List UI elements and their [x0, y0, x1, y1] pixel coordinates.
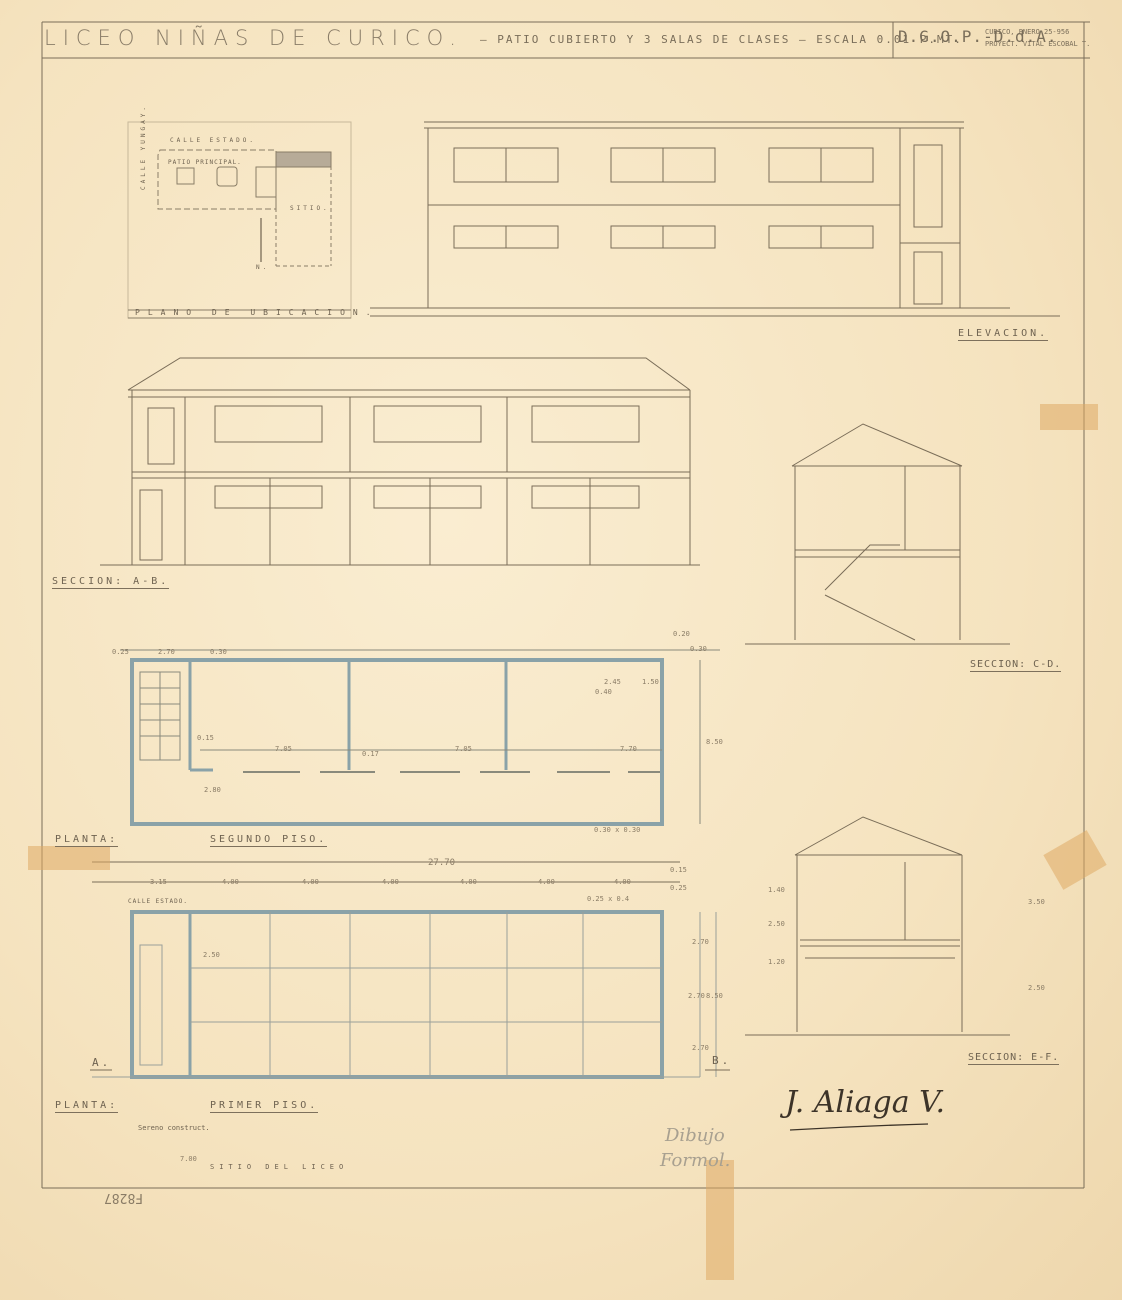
bay-dim: 4.00 — [614, 878, 631, 886]
bay-dim: 4.00 — [302, 878, 319, 886]
bay-dim: 4.00 — [222, 878, 239, 886]
tape-mark — [28, 846, 110, 870]
depth-total-dim: 8.50 — [706, 992, 723, 1000]
pencil-note: Formol. — [660, 1150, 730, 1171]
project-line: PROYECT. VITAL ESCOBAL T. — [985, 40, 1090, 48]
second-floor-caption: SEGUNDO PISO. — [210, 834, 327, 847]
stair-dim: 2.50 — [203, 951, 220, 959]
room-dim: 7.70 — [620, 745, 637, 753]
tape-mark — [706, 1160, 734, 1280]
plan-label-first: PLANTA: — [55, 1100, 118, 1113]
section-ef-dim: 1.40 — [768, 886, 785, 894]
bottom-dim: 7.00 — [180, 1155, 197, 1163]
section-ef-caption: SECCION: E-F. — [968, 1052, 1059, 1065]
blueprint-sheet: LICEO NIÑAS DE CURICO. — PATIO CUBIERTO … — [0, 0, 1122, 1300]
window-dim: 1.50 — [642, 678, 659, 686]
section-ef-dim: 2.50 — [768, 920, 785, 928]
right-note-dim: 0.15 — [670, 866, 687, 874]
tape-mark — [1040, 404, 1098, 430]
depth-part-dim: 2.70 — [692, 938, 709, 946]
window-dim: 2.45 — [604, 678, 621, 686]
depth-dim: 8.50 — [706, 738, 723, 746]
section-cd-caption: SECCION: C-D. — [970, 659, 1061, 672]
location-plan — [128, 122, 351, 318]
below-plan-note: Sereno construct. — [138, 1124, 210, 1132]
door-dim: 2.80 — [204, 786, 221, 794]
location-plan-caption: PLANO DE UBICACION. — [135, 308, 379, 317]
plan-label-second: PLANTA: — [55, 834, 118, 847]
first-floor-caption: PRIMER PISO. — [210, 1100, 318, 1113]
first-floor-street-note: CALLE ESTADO. — [128, 898, 188, 905]
beam-dim: 0.30 x 0.30 — [594, 826, 640, 834]
top-dim: 2.70 — [158, 648, 175, 656]
archive-number: F8287 — [104, 1190, 143, 1205]
drawing-subtitle: — PATIO CUBIERTO Y 3 SALAS DE CLASES — E… — [480, 33, 963, 46]
bay-dim: 3.15 — [150, 878, 167, 886]
site-label: SITIO. — [290, 205, 330, 212]
drawing-title: LICEO NIÑAS DE CURICO. — [44, 26, 463, 50]
section-ef-dim: 2.50 — [1028, 984, 1045, 992]
elevation-caption: ELEVACION. — [958, 328, 1048, 341]
section-ef-dim: 3.50 — [1028, 898, 1045, 906]
right-dim: 0.30 — [690, 645, 707, 653]
column-dim: 0.15 — [197, 734, 214, 742]
cut-b-marker: B. — [712, 1054, 731, 1067]
window-dim: 0.40 — [595, 688, 612, 696]
section-ab-caption: SECCION: A-B. — [52, 576, 169, 589]
total-length-dim: 27.70 — [428, 858, 455, 868]
top-dim: 0.30 — [210, 648, 227, 656]
depth-part-dim: 2.70 — [692, 1044, 709, 1052]
site-bottom-note: SITIO DEL LICEO — [210, 1163, 348, 1171]
first-floor-plan — [90, 862, 730, 1077]
north-label: N. — [256, 264, 269, 271]
cut-a-marker: A. — [92, 1056, 111, 1069]
elevation-drawing — [370, 122, 1060, 316]
signature: J. Aliaga V. — [785, 1085, 945, 1120]
date-line: CURICO, ENERO 25-956 — [985, 28, 1069, 36]
section-ab-drawing — [100, 358, 700, 565]
bay-dim: 4.00 — [382, 878, 399, 886]
top-dim: 0.25 — [112, 648, 129, 656]
depth-part-dim: 2.70 — [688, 992, 705, 1000]
section-cd-drawing — [745, 424, 1010, 644]
right-dim: 0.20 — [673, 630, 690, 638]
street-top-label: CALLE ESTADO. — [170, 137, 256, 144]
bay-dim: 4.00 — [460, 878, 477, 886]
wall-dim: 0.17 — [362, 750, 379, 758]
section-ef-dim: 1.20 — [768, 958, 785, 966]
room-dim: 7.05 — [455, 745, 472, 753]
patio-label: PATIO PRINCIPAL. — [168, 159, 242, 166]
pencil-note: Dibujo — [665, 1125, 725, 1146]
right-note-dim: 0.25 — [670, 884, 687, 892]
street-left-label: CALLE YUNGAY. — [140, 104, 147, 190]
room-dim: 7.05 — [275, 745, 292, 753]
bay-dim: 4.00 — [538, 878, 555, 886]
col-dim: 0.25 x 0.4 — [587, 895, 629, 903]
